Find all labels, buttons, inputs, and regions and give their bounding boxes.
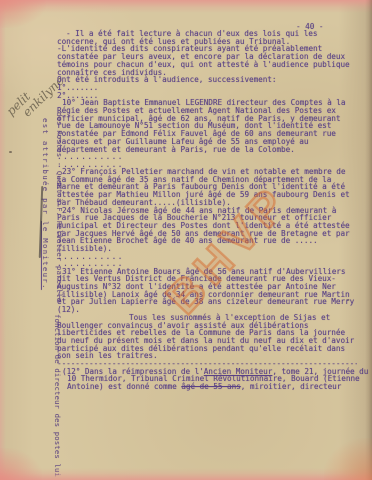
footnote-part3: , miroitier, directeur xyxy=(241,382,342,391)
scanned-document-page: - 40 - pelit enkilyne des Postes - Quant… xyxy=(0,0,372,480)
scan-corner-top-left xyxy=(0,0,46,28)
paragraph-verdict: Tous les susnommés à l'exception de Sija… xyxy=(57,314,357,360)
entry-23-pelletier: 23° François Pelletier marchand de vin e… xyxy=(57,168,357,207)
entry-10-legendre: 10° Jean Baptiste Emmanuel LEGENDRE dire… xyxy=(57,99,357,153)
footnote-ancien-moniteur: (12° Dans la réimpression de l'Ancien Mo… xyxy=(57,368,372,391)
scan-corner-bottom-right xyxy=(324,438,372,480)
vertical-note-prefix: est attribuée par xyxy=(41,118,50,221)
paragraph-lecture-lois: - Il a été fait lecture à chacun d'eux d… xyxy=(57,30,357,45)
ink-speck xyxy=(9,151,12,153)
paragraph-introduits-audience: Ont été introduits à l'audience, success… xyxy=(57,76,357,84)
vertical-note-moniteur-underlined: le Moniteur. xyxy=(41,221,50,290)
scan-edge-left xyxy=(0,0,6,480)
vertical-margin-note-line2: est attribuée par le Moniteur. xyxy=(41,118,50,290)
footnote-struck-text: âgé de 55 ans xyxy=(181,382,240,391)
scan-edge-top xyxy=(0,0,372,13)
scan-edge-right xyxy=(365,0,372,480)
paragraph-identite-conspirateurs: -L'identité des dits conspirateurs ayant… xyxy=(57,45,357,76)
document-text-column: - Il a été fait lecture à chacun d'eux d… xyxy=(57,30,357,391)
scan-corner-bottom-left xyxy=(0,448,42,480)
entry-1: 1°....... xyxy=(57,84,357,92)
